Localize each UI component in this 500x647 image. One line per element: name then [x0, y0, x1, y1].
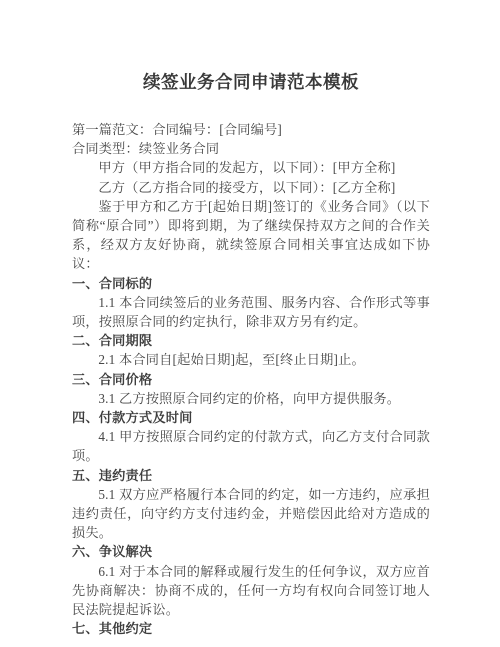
paragraph: 4.1 甲方按照原合同约定的付款方式，向乙方支付合同款项。 [72, 427, 430, 465]
section-heading: 四、付款方式及时间 [72, 408, 430, 427]
paragraph: 鉴于甲方和乙方于[起始日期]签订的《业务合同》（以下简称“原合同”）即将到期，为… [72, 197, 430, 274]
section-heading: 二、合同期限 [72, 331, 430, 350]
section-heading: 六、争议解决 [72, 542, 430, 561]
paragraph: 合同类型：续签业务合同 [72, 139, 430, 158]
section-heading: 五、违约责任 [72, 466, 430, 485]
paragraph: 3.1 乙方按照原合同约定的价格，向甲方提供服务。 [72, 389, 430, 408]
paragraph: 第一篇范文：合同编号：[合同编号] [72, 120, 430, 139]
paragraph: 1.1 本合同续签后的业务范围、服务内容、合作形式等事项，按照原合同的约定执行，… [72, 293, 430, 331]
document-body: 第一篇范文：合同编号：[合同编号]合同类型：续签业务合同甲方（甲方指合同的发起方… [72, 120, 430, 638]
paragraph: 甲方（甲方指合同的发起方，以下同）：[甲方全称] [72, 158, 430, 177]
paragraph: 2.1 本合同自[起始日期]起，至[终止日期]止。 [72, 350, 430, 369]
section-heading: 七、其他约定 [72, 619, 430, 638]
contract-document-page: 续签业务合同申请范本模板 第一篇范文：合同编号：[合同编号]合同类型：续签业务合… [0, 0, 500, 647]
paragraph: 5.1 双方应严格履行本合同的约定，如一方违约，应承担违约责任，向守约方支付违约… [72, 485, 430, 543]
paragraph: 乙方（乙方指合同的接受方，以下同）：[乙方全称] [72, 178, 430, 197]
paragraph: 6.1 对于本合同的解释或履行发生的任何争议，双方应首先协商解决：协商不成的，任… [72, 562, 430, 620]
section-heading: 一、合同标的 [72, 274, 430, 293]
section-heading: 三、合同价格 [72, 370, 430, 389]
document-title: 续签业务合同申请范本模板 [72, 71, 430, 94]
